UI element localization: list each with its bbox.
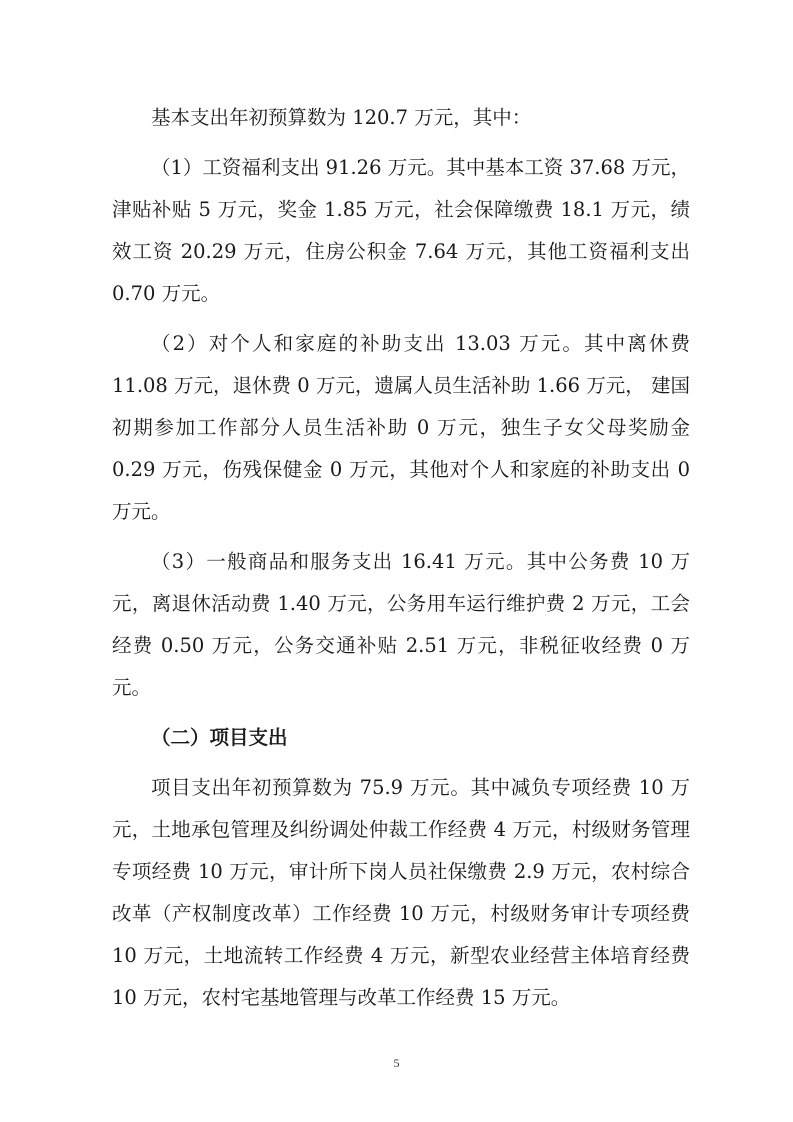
paragraph-wages-welfare: （1）工资福利支出 91.26 万元。其中基本工资 37.68 万元，津贴补贴 … [112,147,690,315]
section-heading-project-expenditure: （二）项目支出 [112,717,690,759]
paragraph-project-expenditure: 项目支出年初预算数为 75.9 万元。其中减负专项经费 10 万元，土地承包管理… [112,767,690,1019]
paragraph-personal-family-subsidy: （2）对个人和家庭的补助支出 13.03 万元。其中离休费 11.08 万元，退… [112,323,690,533]
paragraph-goods-services: （3）一般商品和服务支出 16.41 万元。其中公务费 10 万元，离退休活动费… [112,541,690,709]
document-body: 基本支出年初预算数为 120.7 万元，其中： （1）工资福利支出 91.26 … [112,97,690,1027]
page-number: 5 [0,1056,793,1071]
paragraph-basic-expenditure-intro: 基本支出年初预算数为 120.7 万元，其中： [112,97,690,139]
